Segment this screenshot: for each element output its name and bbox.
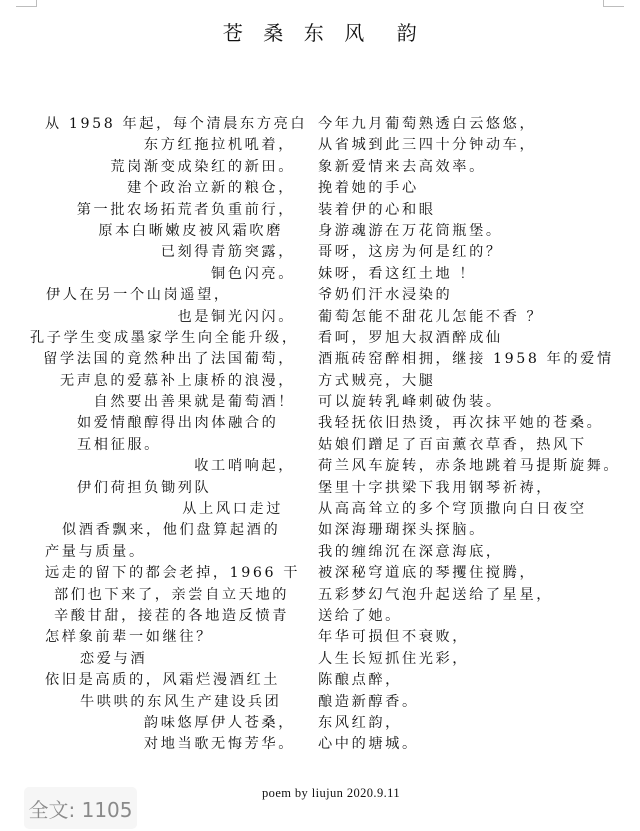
poem-line: 可以旋转乳峰刺破伪装。	[318, 392, 633, 413]
page-corner-mark-right	[603, 0, 624, 7]
poem-line: 被深秘穹道底的琴攫住搅腾，	[318, 563, 633, 584]
poem-line: 恋爱与酒	[30, 649, 295, 670]
poem-line: 姑娘们蹭足了百亩薰衣草香，热风下	[318, 435, 633, 456]
word-count-badge[interactable]: 全文: 1105	[24, 787, 137, 829]
poem-line: 年华可损但不衰败，	[318, 627, 633, 648]
poem-left-column: 从 1958 年起，每个清晨东方亮白东方红拖拉机吼着，荒岗渐变成染红的新田。建个…	[30, 114, 295, 756]
poem-line: 堡里十字拱梁下我用钢琴祈祷，	[318, 478, 633, 499]
poem-line: 怎样象前辈一如继往？	[30, 627, 295, 648]
poem-line: 今年九月葡萄熟透白云悠悠，	[318, 114, 633, 135]
poem-line: 伊人在另一个山岗遥望，	[30, 285, 295, 306]
poem-line: 东方红拖拉机吼着，	[30, 135, 295, 156]
poem-line: 挽着她的手心	[318, 178, 633, 199]
poem-line: 建个政治立新的粮仓，	[30, 178, 295, 199]
poem-right-column: 今年九月葡萄熟透白云悠悠，从省城到此三四十分钟动车，象新爱情来去高效率。挽着她的…	[318, 114, 633, 756]
poem-line: 也是铜光闪闪。	[30, 307, 295, 328]
poem-line: 荷兰风车旋转，赤条地跳着马提斯旋舞。	[318, 456, 633, 477]
title-char: 韵	[397, 17, 418, 46]
poem-line: 依旧是高质的，风霜烂漫酒红土	[30, 670, 295, 691]
poem-line: 酿造新醇香。	[318, 692, 633, 713]
poem-line: 原本白晰嫩皮被风霜吹磨	[30, 221, 295, 242]
title-char: 东	[304, 17, 325, 46]
poem-line: 爷奶们汗水浸染的	[318, 285, 633, 306]
poem-line: 荒岗渐变成染红的新田。	[30, 157, 295, 178]
poem-line: 身游魂游在万花筒瓶堡。	[318, 221, 633, 242]
poem-line: 如深海珊瑚探头探脑。	[318, 520, 633, 541]
poem-line: 陈酿点醉，	[318, 670, 633, 691]
poem-line: 我的缠绵沉在深意海底，	[318, 542, 633, 563]
poem-line: 哥呀，这房为何是红的？	[318, 242, 633, 263]
poem-line: 互相征服。	[30, 435, 295, 456]
poem-line: 从高高耸立的多个穹顶撒向白日夜空	[318, 499, 633, 520]
poem-line: 无声息的爱慕补上康桥的浪漫，	[30, 371, 295, 392]
poem-title: 苍桑东风韵	[0, 17, 640, 46]
poem-line: 方式贼亮，大腿	[318, 371, 633, 392]
title-char: 风	[344, 17, 365, 46]
poem-line: 妹呀，看这红土地 ！	[318, 264, 633, 285]
poem-line: 自然要出善果就是葡萄酒！	[30, 392, 295, 413]
poem-line: 铜色闪亮。	[30, 264, 295, 285]
poem-line: 孔子学生变成墨家学生向全能升级，	[30, 328, 295, 349]
poem-line: 看呵，罗旭大叔酒醉成仙	[318, 328, 633, 349]
title-char: 苍	[223, 17, 244, 46]
poem-line: 产量与质量。	[30, 542, 295, 563]
poem-line: 葡萄怎能不甜花儿怎能不香 ？	[318, 307, 633, 328]
poem-line: 部们也下来了，亲尝自立天地的	[30, 585, 295, 606]
title-char: 桑	[263, 17, 284, 46]
poem-line: 从 1958 年起，每个清晨东方亮白	[30, 114, 295, 135]
poem-line: 酒瓶砖窑醉相拥，继接 1958 年的爱情	[318, 349, 633, 370]
poem-line: 从省城到此三四十分钟动车，	[318, 135, 633, 156]
poem-line: 似酒香飘来，他们盘算起酒的	[30, 520, 295, 541]
poem-line: 伊们荷担负锄列队	[30, 478, 295, 499]
poem-line: 从上风口走过	[30, 499, 295, 520]
poem-line: 对地当歌无悔芳华。	[30, 734, 295, 755]
poem-line: 东风红韵，	[318, 713, 633, 734]
poem-line: 留学法国的竟然种出了法国葡萄，	[30, 349, 295, 370]
poem-line: 收工哨响起，	[30, 456, 295, 477]
poem-line: 我轻抚依旧热烫，再次抹平她的苍桑。	[318, 413, 633, 434]
poem-line: 韵味悠厚伊人苍桑，	[30, 713, 295, 734]
poem-line: 人生长短抓住光彩，	[318, 649, 633, 670]
poem-line: 心中的塘城。	[318, 734, 633, 755]
poem-line: 第一批农场拓荒者负重前行，	[30, 200, 295, 221]
poem-line: 已刻得青筋突露，	[30, 242, 295, 263]
poem-line: 装着伊的心和眼	[318, 200, 633, 221]
poem-line: 五彩梦幻气泡升起送给了星星，	[318, 585, 633, 606]
poem-line: 辛酸甘甜，接茬的各地造反愤青	[30, 606, 295, 627]
poem-line: 牛哄哄的东风生产建设兵团	[30, 692, 295, 713]
poem-line: 远走的留下的都会老掉，1966 干	[30, 563, 295, 584]
poem-line: 如爱情酿醇得出肉体融合的	[30, 413, 295, 434]
poem-line: 送给了她。	[318, 606, 633, 627]
page-corner-mark-left	[16, 0, 37, 7]
poem-line: 象新爱情来去高效率。	[318, 157, 633, 178]
